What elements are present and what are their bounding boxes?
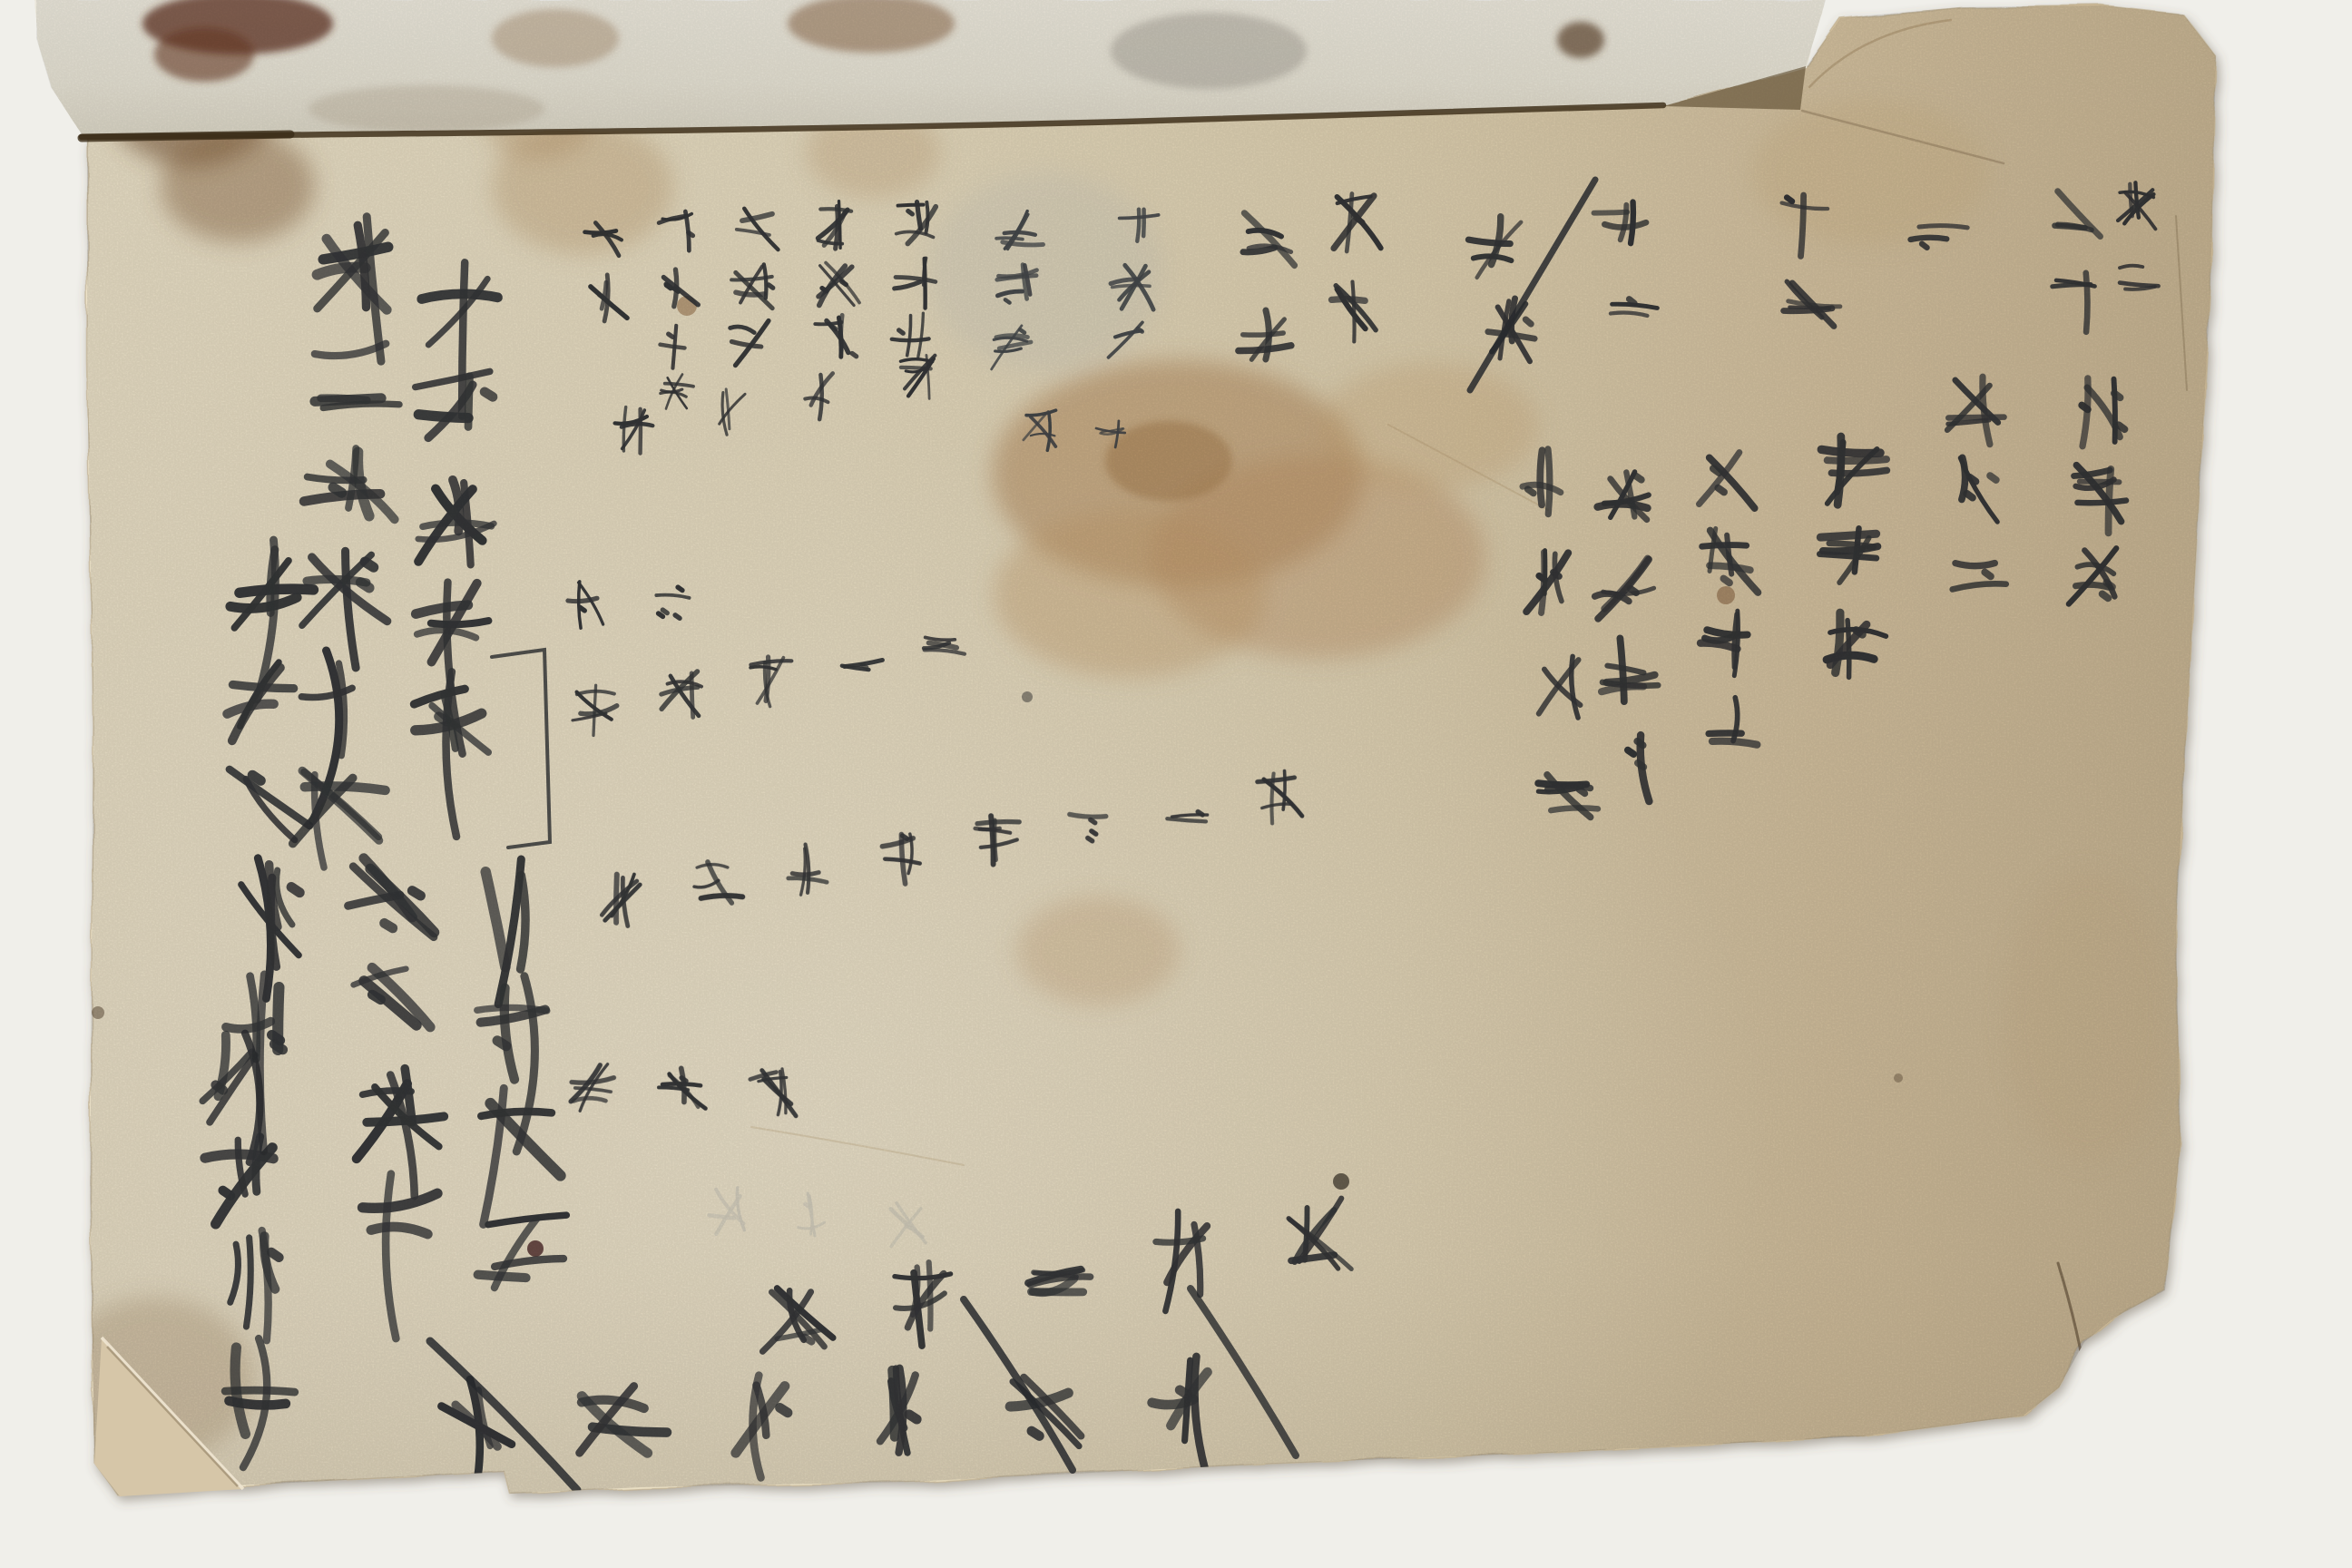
manuscript-photo bbox=[0, 0, 2352, 1568]
page-surface bbox=[54, 0, 2223, 1568]
fold-crease-line-thick bbox=[82, 134, 290, 138]
manuscript-scene bbox=[0, 0, 2352, 1568]
paper-grain bbox=[82, 0, 2223, 1568]
